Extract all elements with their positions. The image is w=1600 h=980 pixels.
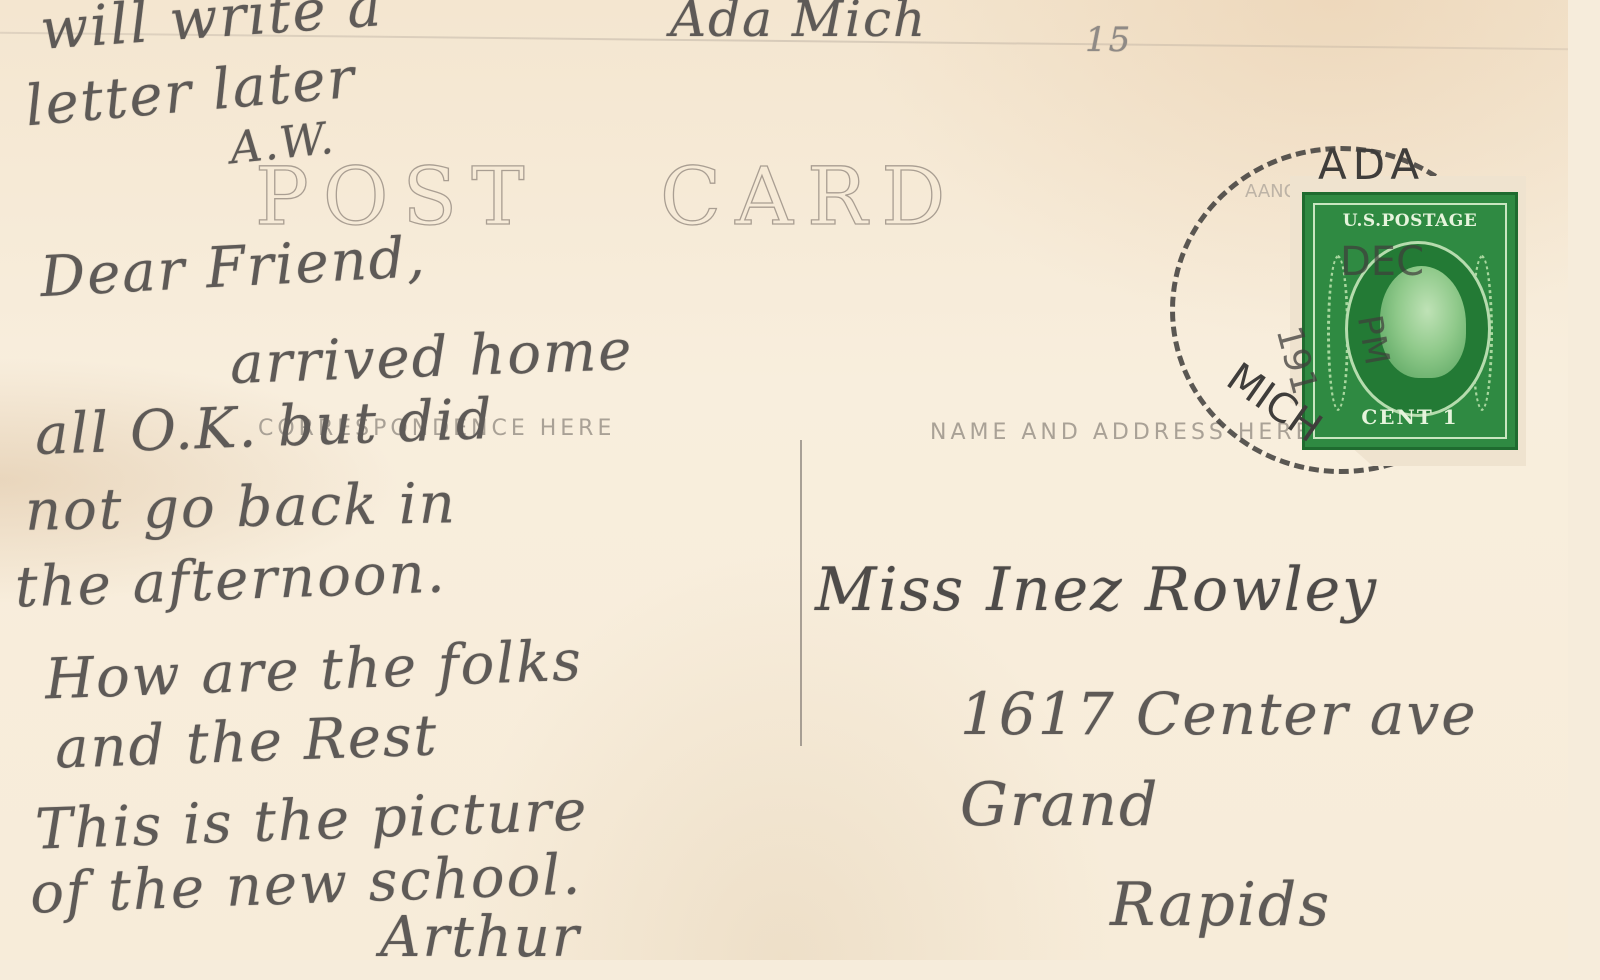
postmark-city: ADA <box>1318 140 1425 189</box>
signature: Arthur <box>380 905 581 960</box>
message-line: the afternoon. <box>14 540 447 620</box>
stamp-bottom-text: CENT 1 <box>1315 405 1505 429</box>
message-line: arrived home <box>229 318 634 397</box>
message-line: not go back in <box>24 471 457 544</box>
message-line: How are the folks <box>44 629 584 713</box>
postmark-month: DEC <box>1340 240 1380 284</box>
postage-stamp: U.S.POSTAGE CENT 1 <box>1302 192 1518 450</box>
message-line: all O.K. but did <box>34 387 495 468</box>
top-note: Ada Mich <box>670 0 927 48</box>
pencil-annotation: 15 <box>1085 20 1132 60</box>
recipient-city-line1: Grand <box>960 770 1159 840</box>
message-line: Dear Friend, <box>39 225 428 310</box>
card-heading: CARD <box>660 150 959 243</box>
postmark-faint-letters: AANOA <box>1245 175 1265 209</box>
postmark-time: PM <box>1349 312 1397 368</box>
message-line: and the Rest <box>54 703 439 781</box>
divider-line <box>800 440 802 746</box>
postcard-back: will write a Ada Mich 15 letter later A.… <box>0 0 1568 960</box>
stamp-top-text: U.S.POSTAGE <box>1315 211 1505 231</box>
recipient-name: Miss Inez Rowley <box>815 555 1378 625</box>
recipient-street: 1617 Center ave <box>960 680 1478 748</box>
recipient-city-line2: Rapids <box>1110 870 1331 940</box>
